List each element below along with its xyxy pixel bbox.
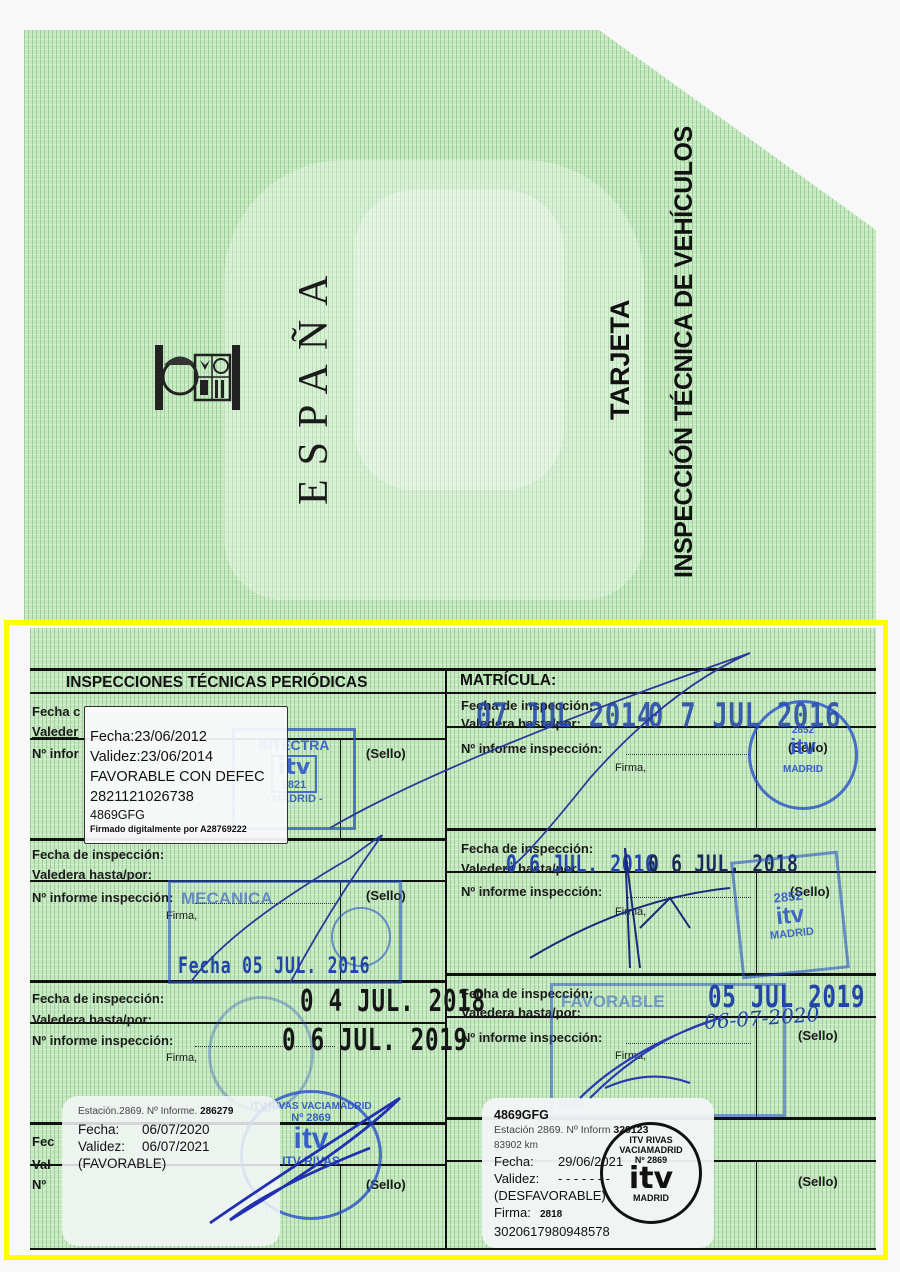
stamp-station-name: MECANICA xyxy=(181,889,399,909)
sticker-date-label: Fecha: xyxy=(494,1153,558,1170)
firma-label: Firma, xyxy=(615,762,646,774)
itv-sticker-2012: Fecha:23/06/2012 Validez:23/06/2014 FAVO… xyxy=(84,706,288,844)
field-valedera-label: Val xyxy=(32,1157,51,1172)
firma-label: Firma, xyxy=(615,906,646,918)
sticker-signature-label: Firma: xyxy=(494,1204,540,1221)
field-valedera-label: Valeder xyxy=(32,724,78,739)
sticker-report-number: 286279 xyxy=(200,1106,233,1117)
date-stamp-2016b: 0 6 JUL. 2016 xyxy=(506,850,657,878)
sticker-date-label: Fecha: xyxy=(78,1121,142,1138)
rule-top xyxy=(30,668,876,671)
sticker-station: Estación.2869. Nº Informe. xyxy=(78,1106,197,1117)
country-label: ESPAÑA xyxy=(290,261,338,505)
mecanica-date-stamp: Fecha 05 JUL. 2016 xyxy=(178,954,370,979)
field-informe-label: Nº informe inspección: xyxy=(32,890,173,905)
itv-logo-icon: itv xyxy=(603,1165,699,1193)
rule xyxy=(445,828,876,831)
sticker-result: (FAVORABLE) xyxy=(78,1155,210,1172)
field-informe-label: Nº xyxy=(32,1177,46,1192)
stamp-city: MADRID xyxy=(751,764,855,775)
field-informe-label: Nº informe inspección: xyxy=(32,1033,173,1048)
field-valedera-label: Valedera hasta/por: xyxy=(32,867,152,882)
itv-sticker-2021: 4869GFG Estación 2869. Nº Inform 329123 … xyxy=(482,1098,714,1248)
sticker-result: FAVORABLE CON DEFEC xyxy=(90,767,265,787)
circle-stamp-2852: 2852 itv MADRID xyxy=(748,700,858,810)
rule-bottom xyxy=(30,1248,876,1250)
sticker-signature-note: Firmado digitalmente por A28769222 xyxy=(90,823,265,835)
rule xyxy=(445,973,876,976)
rivas-black-stamp: ITV RIVAS VACIAMADRID Nº 2869 itv MADRID xyxy=(600,1122,702,1224)
card-subtitle: INSPECCIÓN TÉCNICA DE VEHÍCULOS xyxy=(670,126,699,578)
spain-coat-of-arms-icon xyxy=(150,330,245,425)
sticker-valid-until: 06/07/2021 xyxy=(142,1139,210,1154)
sticker-plate: 4869GFG xyxy=(90,807,265,823)
sticker-station: Estación 2869. Nº Inform xyxy=(494,1124,610,1136)
field-valedera-label: Valedera hasta/por: xyxy=(32,1012,152,1027)
sticker-plate: 4869GFG xyxy=(494,1108,648,1123)
stamp-station-name: ITV RIVAS VACIAMADRID xyxy=(603,1135,699,1155)
date-stamp-2014: 07 JUL 2014 xyxy=(476,696,653,736)
itv-logo-icon: itv xyxy=(751,736,855,758)
sticker-valid-label: Validez: xyxy=(78,1138,142,1155)
field-fecha-label: Fecha c xyxy=(32,704,80,719)
sticker-date: Fecha:23/06/2012 xyxy=(90,727,265,747)
sello-label: (Sello) xyxy=(798,1028,838,1043)
watermark-shield xyxy=(354,190,564,490)
field-informe-label: Nº informe inspección: xyxy=(461,741,602,756)
sticker-report-number: 2821121026738 xyxy=(90,787,265,807)
left-section-header: INSPECCIONES TÉCNICAS PERIÓDICAS xyxy=(66,674,367,692)
plate-label: MATRÍCULA: xyxy=(460,672,556,690)
sticker-signature-code: 2818 xyxy=(540,1209,562,1220)
sticker-date: 06/07/2020 xyxy=(142,1122,210,1137)
itv-sticker-2020: Estación.2869. Nº Informe. 286279 Fecha:… xyxy=(62,1096,280,1246)
field-informe-label: Nº infor xyxy=(32,746,79,761)
firma-label: Firma, xyxy=(166,1052,197,1064)
field-fecha-label: Fec xyxy=(32,1134,54,1149)
date-stamp-2018: 0 4 JUL. 2018 xyxy=(300,984,486,1019)
stamp-city: MADRID xyxy=(603,1193,699,1203)
informe-dotted-line xyxy=(626,754,751,755)
sello-label: (Sello) xyxy=(366,746,406,761)
square-stamp-2852: 2852 itv MADRID xyxy=(730,851,850,980)
rule-header xyxy=(30,692,876,694)
card-cover xyxy=(24,30,876,620)
sello-divider xyxy=(756,1160,757,1250)
field-informe-label: Nº informe inspección: xyxy=(461,884,602,899)
sticker-valid-until: Validez:23/06/2014 xyxy=(90,747,265,767)
informe-dotted-line xyxy=(626,897,751,898)
sello-label: (Sello) xyxy=(798,1174,838,1189)
field-fecha-label: Fecha de inspección: xyxy=(32,847,164,862)
sticker-barcode-number: 3020617980948578 xyxy=(494,1223,648,1240)
sticker-valid-label: Validez: xyxy=(494,1170,558,1187)
card-title: TARJETA xyxy=(605,300,636,421)
field-fecha-label: Fecha de inspección: xyxy=(32,991,164,1006)
column-divider xyxy=(445,668,447,1250)
inspection-page: INSPECCIONES TÉCNICAS PERIÓDICAS MATRÍCU… xyxy=(30,628,876,1250)
